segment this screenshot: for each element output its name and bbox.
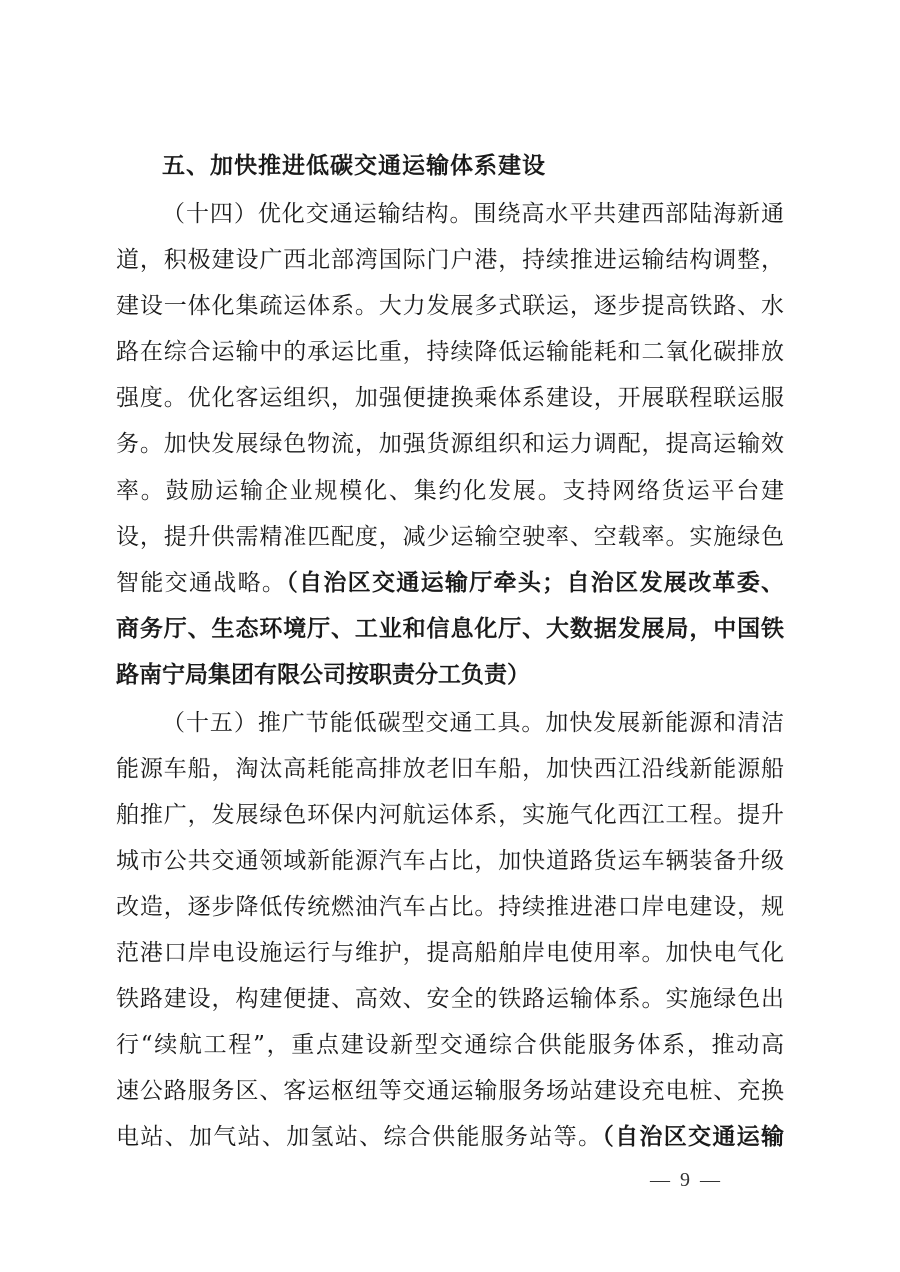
- responsibility-note-14-line-2: 商务厅、生态环境厅、工业和信息化厅、大数据发展局，中国铁: [116, 614, 784, 644]
- paragraph-15-line-7: 铁路建设，构建便捷、高效、安全的铁路运输体系。实施绿色出: [116, 984, 784, 1014]
- paragraph-15-line-10: 电站、加气站、加氢站、综合供能服务站等。（自治区交通运输: [116, 1122, 784, 1152]
- paragraph-15-line-2: 能源车船，淘汰高耗能高排放老旧车船，加快西江沿线新能源船: [116, 754, 784, 784]
- paragraph-15-line-3: 舶推广，发展绿色环保内河航运体系，实施气化西江工程。提升: [116, 800, 784, 830]
- paragraph-14-line-2: 道，积极建设广西北部湾国际门户港，持续推进运输结构调整，: [116, 245, 784, 275]
- paragraph-14-line-9: 智能交通战略。（自治区交通运输厅牵头；自治区发展改革委、: [116, 568, 784, 598]
- paragraph-14-line-3: 建设一体化集疏运体系。大力发展多式联运，逐步提高铁路、水: [116, 291, 784, 321]
- paragraph-15-line-1: （十五）推广节能低碳型交通工具。加快发展新能源和清洁: [162, 708, 784, 738]
- paragraph-15-line-8: 行“续航工程”，重点建设新型交通综合供能服务体系，推动高: [116, 1030, 784, 1060]
- paragraph-15-line-4: 城市公共交通领域新能源汽车占比，加快道路货运车辆装备升级: [116, 846, 784, 876]
- paragraph-15-line-6: 范港口岸电设施运行与维护，提高船舶岸电使用率。加快电气化: [116, 938, 784, 968]
- responsibility-note-15-start: （自治区交通运输: [602, 1124, 784, 1150]
- responsibility-note-14-start: （自治区交通运输厅牵头；自治区发展改革委、: [286, 570, 784, 596]
- responsibility-note-14-line-3: 路南宁局集团有限公司按职责分工负责）: [116, 660, 784, 690]
- paragraph-15-line-9: 速公路服务区、客运枢纽等交通运输服务场站建设充电桩、充换: [116, 1076, 784, 1106]
- paragraph-15-line-5: 改造，逐步降低传统燃油汽车占比。持续推进港口岸电建设，规: [116, 892, 784, 922]
- section-heading: 五、加快推进低碳交通运输体系建设: [162, 151, 546, 181]
- paragraph-15-line-10-text: 电站、加气站、加氢站、综合供能服务站等。: [116, 1124, 602, 1150]
- paragraph-14-line-1: （十四）优化交通运输结构。围绕高水平共建西部陆海新通: [162, 199, 784, 229]
- document-page: 五、加快推进低碳交通运输体系建设 （十四）优化交通运输结构。围绕高水平共建西部陆…: [0, 0, 900, 1272]
- page-number: — 9 —: [650, 1168, 720, 1192]
- paragraph-14-line-7: 率。鼓励运输企业规模化、集约化发展。支持网络货运平台建: [116, 476, 784, 506]
- paragraph-14-line-6: 务。加快发展绿色物流，加强货源组织和运力调配，提高运输效: [116, 429, 784, 459]
- paragraph-14-line-8: 设，提升供需精准匹配度，减少运输空驶率、空载率。实施绿色: [116, 522, 784, 552]
- paragraph-14-line-5: 强度。优化客运组织，加强便捷换乘体系建设，开展联程联运服: [116, 383, 784, 413]
- paragraph-14-line-4: 路在综合运输中的承运比重，持续降低运输能耗和二氧化碳排放: [116, 337, 784, 367]
- paragraph-14-line-9-text: 智能交通战略。: [116, 570, 286, 596]
